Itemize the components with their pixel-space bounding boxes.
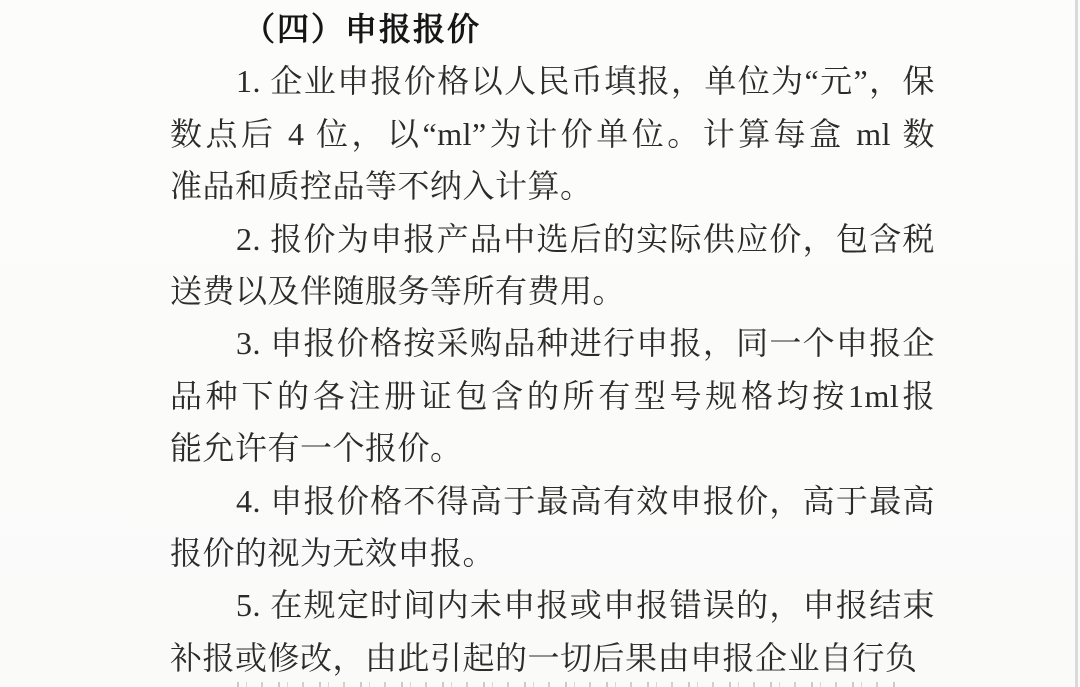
section-heading: （四）申报报价 bbox=[170, 3, 935, 55]
scan-edge-line bbox=[1075, 0, 1078, 687]
text-line: 品种下的各注册证包含的所有型号规格均按1ml报价，且仅 bbox=[170, 370, 935, 422]
text-line: 准品和质控品等不纳入计算。 bbox=[170, 160, 935, 212]
document-page: （四）申报报价 1. 企业申报价格以人民币填报，单位为“元”，保留小 数点后 4… bbox=[0, 0, 1080, 687]
text-line: 5. 在规定时间内未申报或申报错误的，申报结束后不得 bbox=[170, 579, 935, 631]
text-line: 数点后 4 位，以“ml”为计价单位。计算每盒 ml 数时，校 bbox=[170, 108, 935, 160]
text-line: 2. 报价为申报产品中选后的实际供应价，包含税费、配 bbox=[170, 213, 935, 265]
text-line: 1. 企业申报价格以人民币填报，单位为“元”，保留小 bbox=[170, 55, 935, 107]
text-line: 4. 申报价格不得高于最高有效申报价，高于最高有效申 bbox=[170, 475, 935, 527]
document-text-block: （四）申报报价 1. 企业申报价格以人民币填报，单位为“元”，保留小 数点后 4… bbox=[170, 3, 935, 684]
text-line: 能允许有一个报价。 bbox=[170, 422, 935, 474]
text-line: 送费以及伴随服务等所有费用。 bbox=[170, 265, 935, 317]
text-line: 补报或修改，由此引起的一切后果由申报企业自行负责。 bbox=[170, 632, 935, 684]
text-line: 报价的视为无效申报。 bbox=[170, 527, 935, 579]
text-line: 3. 申报价格按采购品种进行申报，同一个申报企业相同 bbox=[170, 317, 935, 369]
cutoff-next-line-fragment bbox=[237, 682, 902, 687]
